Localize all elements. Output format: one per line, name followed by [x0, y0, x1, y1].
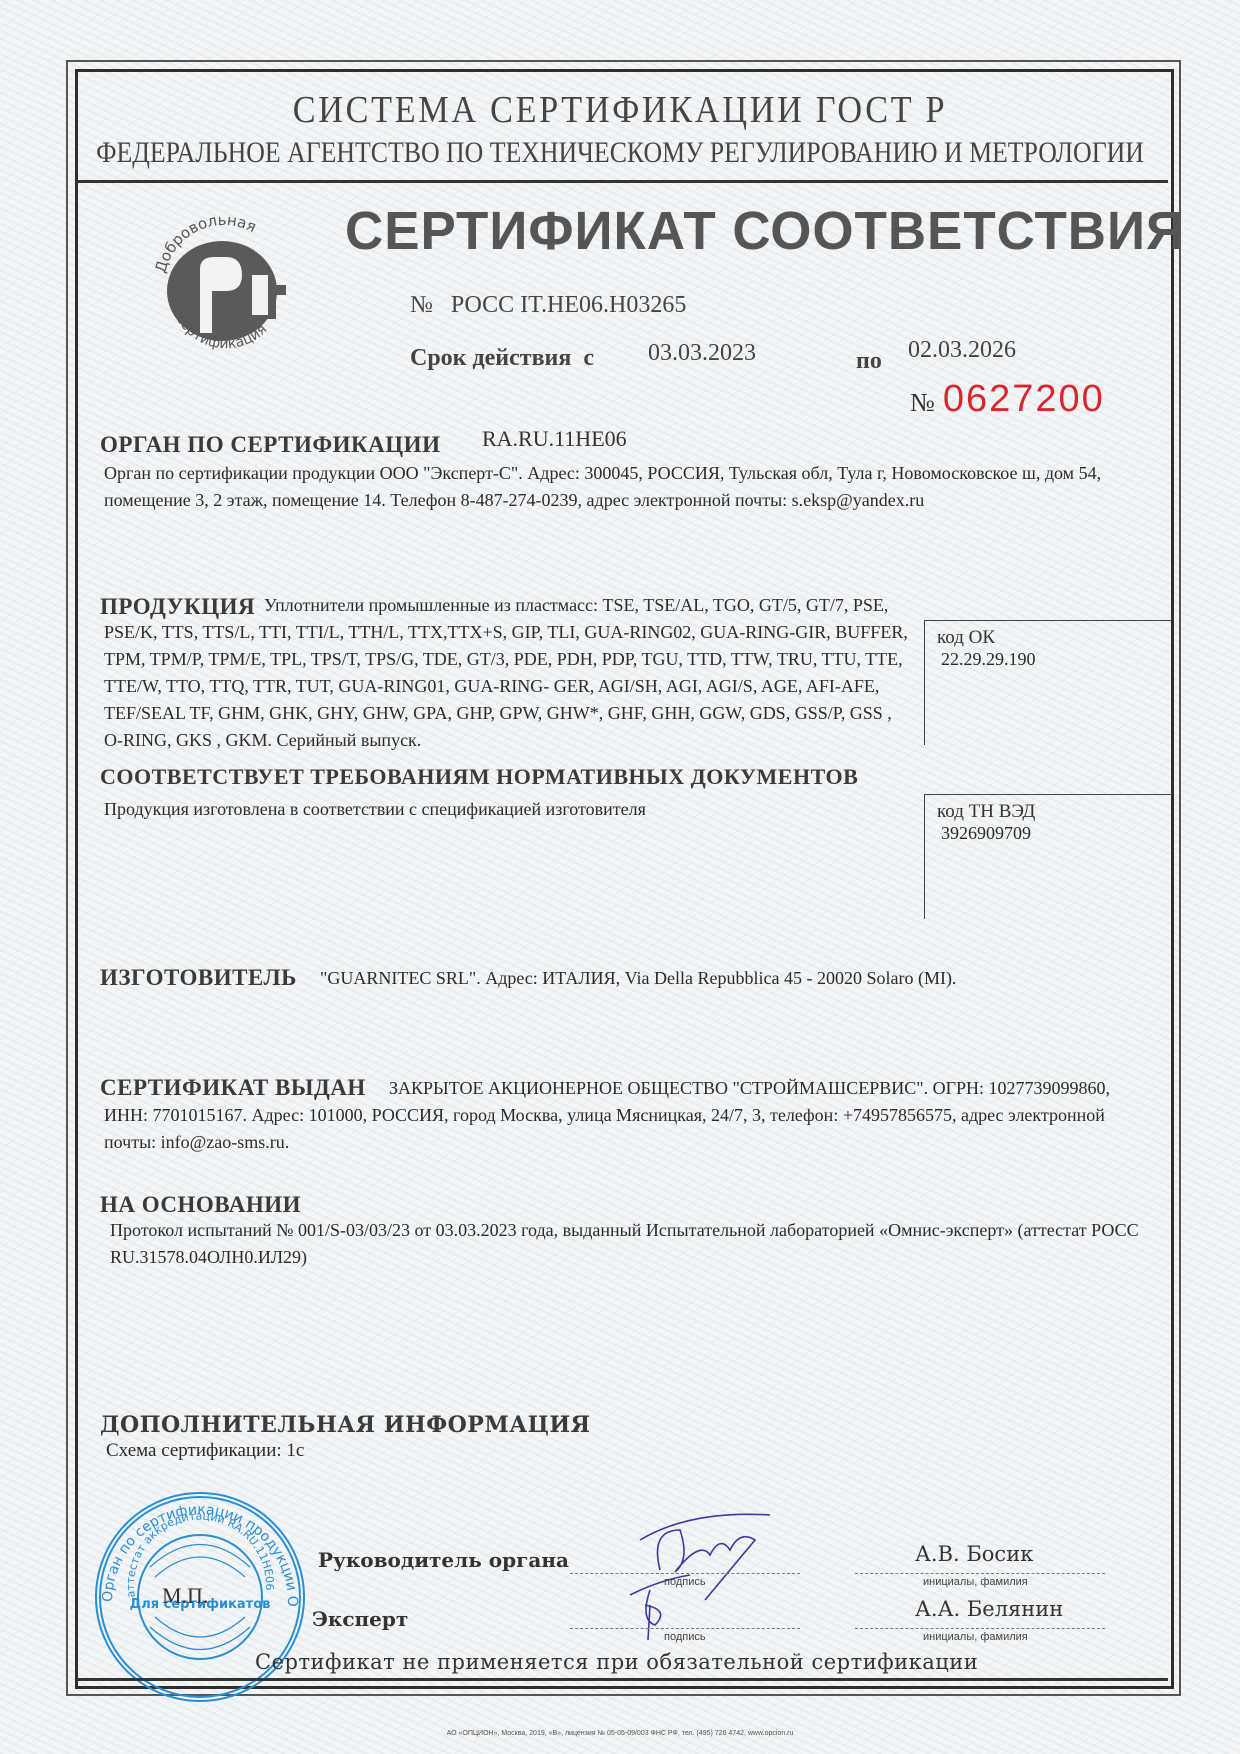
tn-ved-value: 3926909709 — [941, 823, 1172, 844]
printer-imprint: АО «ОПЦИОН», Москва, 2019, «В», лицензия… — [0, 1730, 1240, 1737]
certification-body-heading: ОРГАН ПО СЕРТИФИКАЦИИ — [100, 432, 440, 458]
validity-label: Срок действия с — [410, 345, 594, 372]
certification-body-text: Орган по сертификации продукции ООО "Экс… — [104, 460, 1154, 514]
certification-body-code: RA.RU.11НЕ06 — [482, 426, 627, 452]
expert-label: Эксперт — [312, 1607, 408, 1631]
head-label: Руководитель органа — [318, 1548, 569, 1572]
expert-signature-line — [570, 1628, 800, 1629]
not-mandatory-notice: Сертификат не применяется при обязательн… — [255, 1650, 978, 1674]
expert-signature-caption: подпись — [664, 1631, 706, 1643]
registration-number: № РОСС IT.НЕ06.Н03265 — [410, 292, 686, 319]
head-signature-caption: подпись — [664, 1576, 706, 1588]
from-label: с — [583, 345, 594, 371]
head-signature-line — [570, 1573, 800, 1574]
ok-code-box: код ОК 22.29.29.190 — [924, 620, 1172, 745]
registration-number-value: РОСС IT.НЕ06.Н03265 — [451, 292, 686, 318]
valid-to: 02.03.2026 — [908, 337, 1016, 364]
certificate-title: СЕРТИФИКАТ СООТВЕТСТВИЯ — [345, 200, 1185, 262]
manufacturer-heading: ИЗГОТОВИТЕЛЬ — [100, 965, 297, 991]
ok-code-value: 22.29.29.190 — [941, 649, 1172, 670]
ok-code-label: код ОК — [937, 627, 1172, 649]
issued-to-text: ЗАКРЫТОЕ АКЦИОНЕРНОЕ ОБЩЕСТВО "СТРОЙМАШС… — [104, 1075, 1154, 1156]
serial-number-value: 0627200 — [943, 378, 1105, 420]
expert-name-caption: инициалы, фамилия — [923, 1631, 1028, 1643]
basis-heading: НА ОСНОВАНИИ — [100, 1192, 301, 1218]
conformity-text: Продукция изготовлена в соответствии с с… — [104, 796, 646, 823]
basis-text: Протокол испытаний № 001/S-03/03/23 от 0… — [110, 1217, 1150, 1271]
valid-from: 03.03.2023 — [648, 340, 756, 367]
manufacturer-text: "GUARNITEC SRL". Адрес: ИТАЛИЯ, Via Dell… — [320, 965, 956, 992]
system-title: СИСТЕМА СЕРТИФИКАЦИИ ГОСТ Р — [62, 88, 1178, 132]
product-text: Уплотнители промышленные из пластмасс: T… — [104, 592, 914, 754]
head-name: А.В. Босик — [915, 1542, 1033, 1566]
serial-number: №0627200 — [910, 378, 1105, 421]
stamp-place-label: М.П. — [162, 1583, 208, 1609]
tn-ved-box: код ТН ВЭД 3926909709 — [924, 794, 1172, 919]
additional-info-text: Схема сертификации: 1с — [106, 1440, 304, 1462]
conformity-heading: СООТВЕТСТВУЕТ ТРЕБОВАНИЯМ НОРМАТИВНЫХ ДО… — [100, 764, 858, 790]
additional-info-heading: ДОПОЛНИТЕЛЬНАЯ ИНФОРМАЦИЯ — [100, 1412, 591, 1438]
to-label: по — [856, 348, 882, 375]
expert-name-line — [855, 1628, 1105, 1629]
header-divider — [78, 180, 1168, 183]
footer-divider — [78, 1678, 1168, 1681]
head-name-line — [855, 1573, 1105, 1574]
number-sign: № — [410, 292, 433, 318]
head-name-caption: инициалы, фамилия — [923, 1576, 1028, 1588]
expert-name: А.А. Белянин — [915, 1597, 1063, 1621]
tn-ved-label: код ТН ВЭД — [937, 801, 1172, 823]
rst-logo-icon: Добровольная сертификация — [152, 205, 297, 365]
validity-text: Срок действия — [410, 345, 571, 371]
agency-title: ФЕДЕРАЛЬНОЕ АГЕНТСТВО ПО ТЕХНИЧЕСКОМУ РЕ… — [87, 136, 1153, 170]
serial-sign: № — [910, 388, 935, 417]
